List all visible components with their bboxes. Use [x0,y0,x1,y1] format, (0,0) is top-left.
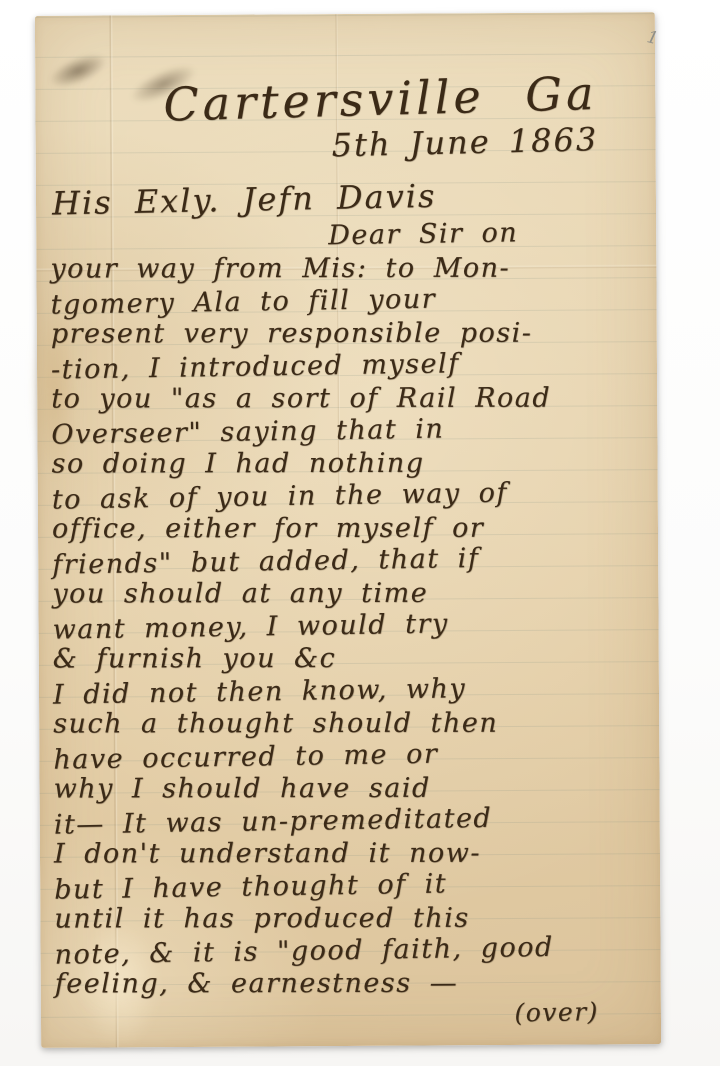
letter-line: & furnish you &c [53,642,649,676]
letter-line: I don't understand it now- [54,837,650,871]
letter-line: such a thought should then [53,707,649,741]
letter-line: your way from Mis: to Mon- [50,252,646,286]
letter-line: present very responsible posi- [51,317,647,351]
letter-line: until it has produced this [54,902,650,936]
letter-line: note, & it is "good faith, good [54,930,650,972]
letter-line: Overseer" saying that in [51,410,647,452]
letter-line: I did not then know, why [53,670,649,712]
letter-paper: Cartersville Ga 5th June 1863 His Exly. … [35,12,661,1048]
letter-line: it— It was un-premeditated [54,800,650,842]
letter-photograph: Cartersville Ga 5th June 1863 His Exly. … [0,0,720,1066]
letter-line: why I should have said [54,772,650,806]
letter-line: friends" but added, that if [52,540,648,582]
letter-line: have occurred to me or [53,735,649,777]
letter-line-salutation: Dear Sir on [50,215,646,257]
letter-line: you should at any time [52,577,648,611]
letter-line: so doing I had nothing [52,447,648,481]
letter-line: tgomery Ala to fill your [50,280,646,322]
letter-line: -tion, I introduced myself [51,345,647,387]
addressee-line: His Exly. Jefn Davis [52,177,437,223]
letter-line: feeling, & earnestness — [55,967,651,1001]
date-line: 5th June 1863 [331,120,598,164]
letter-line: want money, I would try [52,605,648,647]
letter-line: to you "as a sort of Rail Road [51,382,647,416]
over-note: (over) [55,995,651,1037]
letter-line: office, either for myself or [52,512,648,546]
letter-line: to ask of you in the way of [52,475,648,517]
letter-body: Dear Sir on your way from Mis: to Mon- t… [50,218,651,1034]
letter-line: but I have thought of it [54,865,650,907]
